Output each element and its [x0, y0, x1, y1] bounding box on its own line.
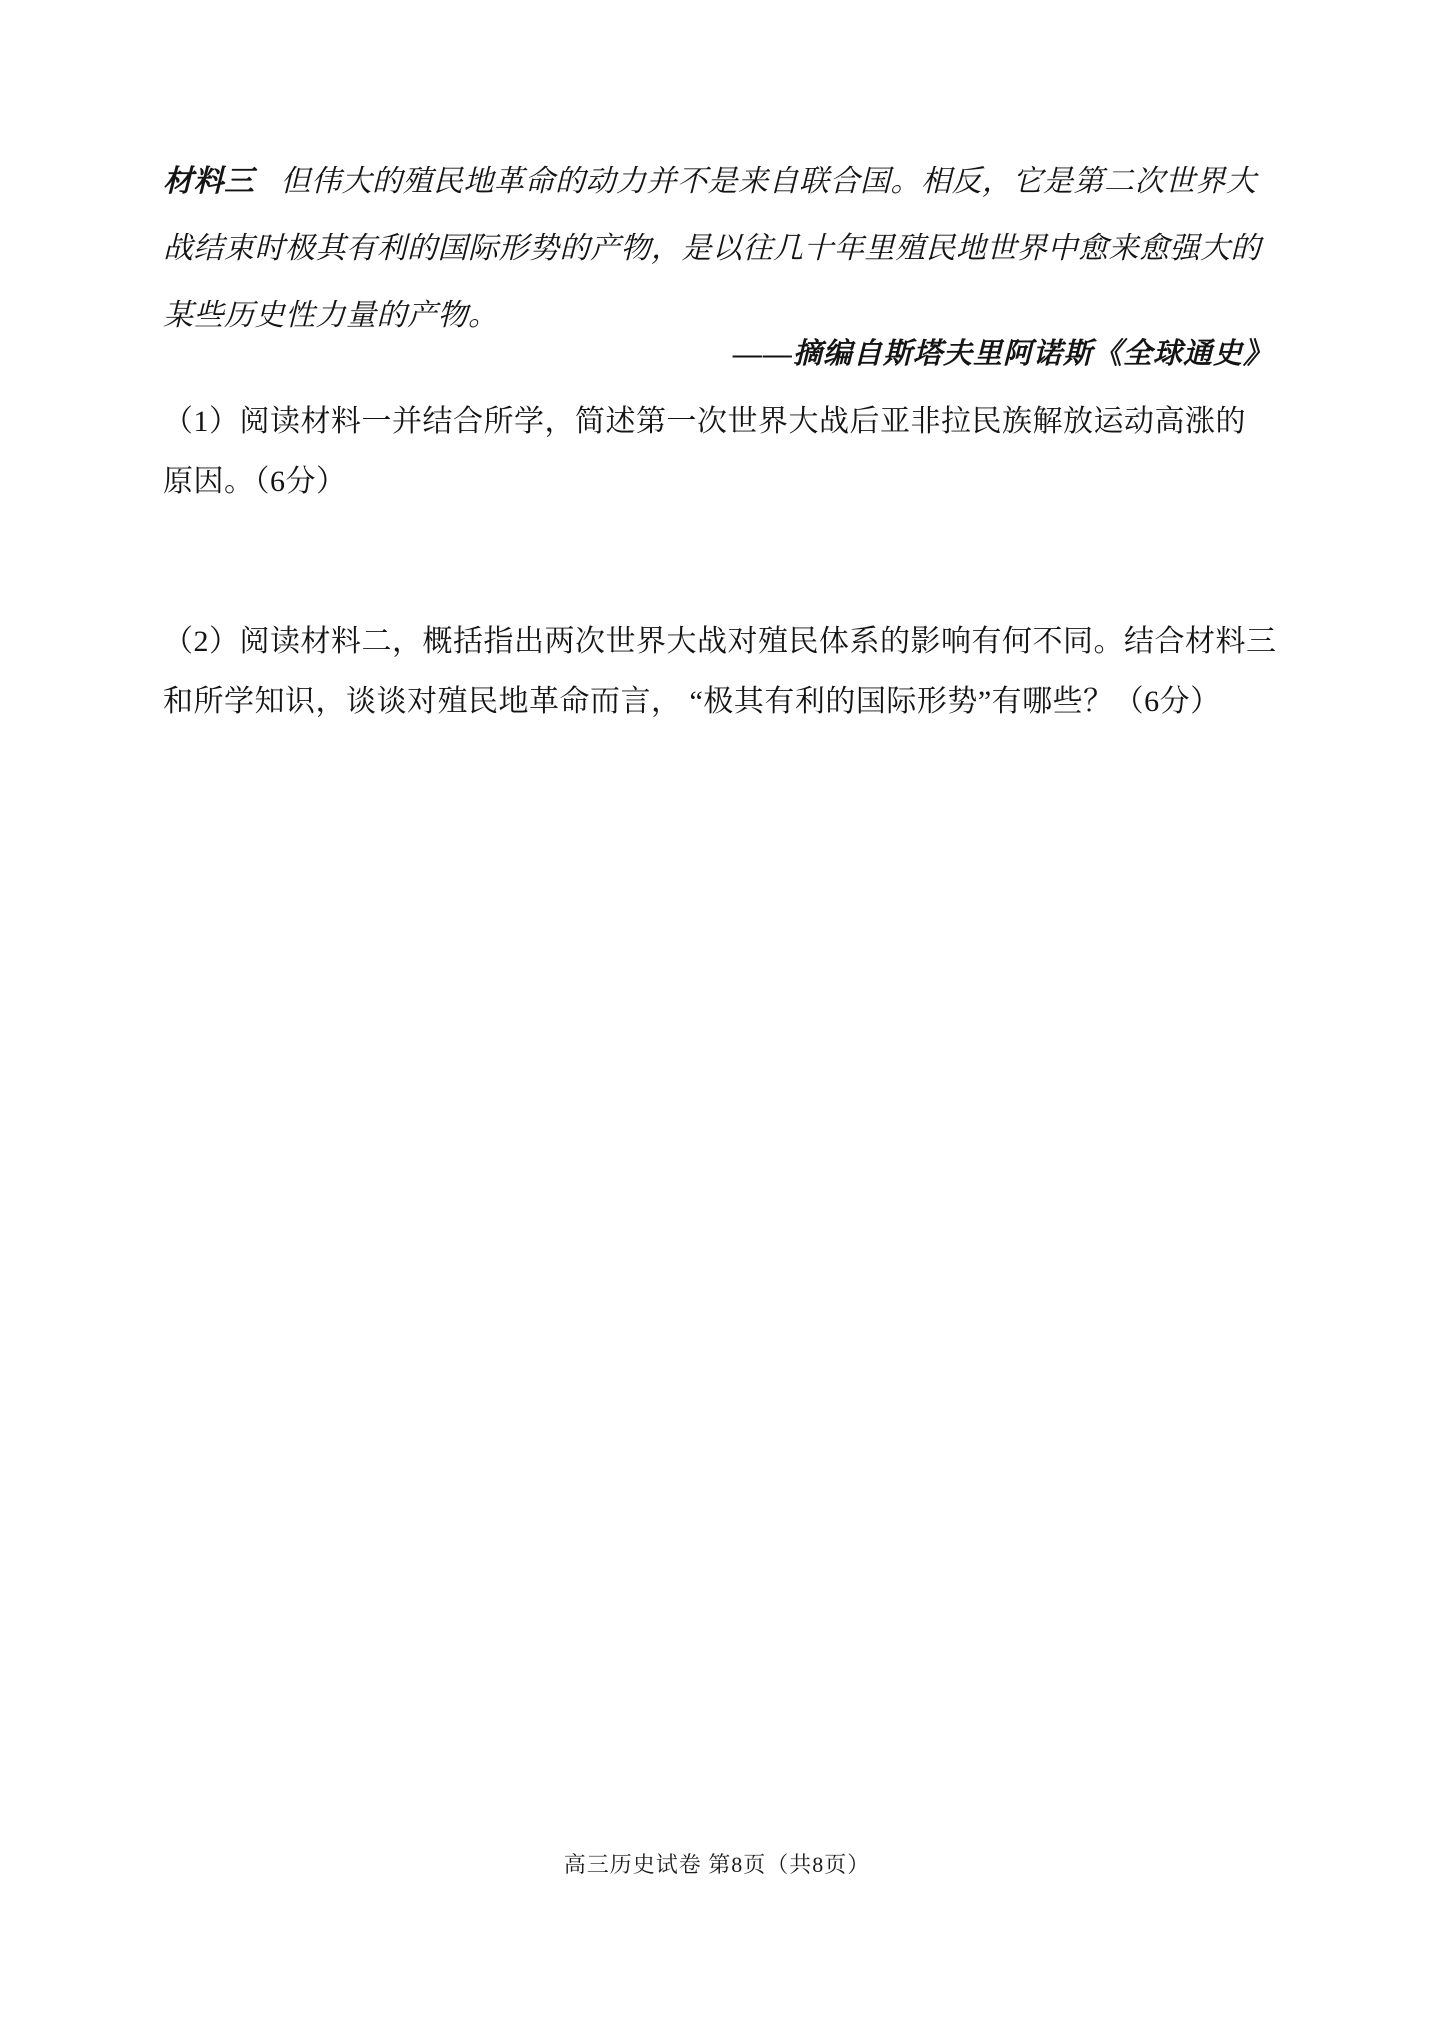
- question-1: （1）阅读材料一并结合所学，简述第一次世界大战后亚非拉民族解放运动高涨的 原因。…: [163, 392, 1273, 512]
- material-three-paragraph: 材料三但伟大的殖民地革命的动力并不是来自联合国。相反，它是第二次世界大 战结束时…: [163, 148, 1273, 349]
- question-2: （2）阅读材料二，概括指出两次世界大战对殖民体系的影响有何不同。结合材料三 和所…: [163, 612, 1273, 732]
- material-three-label: 材料三: [163, 165, 255, 198]
- paragraph-line: 材料三但伟大的殖民地革命的动力并不是来自联合国。相反，它是第二次世界大: [163, 148, 1273, 215]
- exam-page: 材料三但伟大的殖民地革命的动力并不是来自联合国。相反，它是第二次世界大 战结束时…: [0, 0, 1434, 2024]
- paragraph-line-text: 但伟大的殖民地革命的动力并不是来自联合国。相反，它是第二次世界大: [281, 165, 1257, 198]
- page-footer: 高三历史试卷 第8页（共8页）: [0, 1848, 1434, 1879]
- source-attribution: ——摘编自斯塔夫里阿诺斯《全球通史》: [163, 330, 1273, 378]
- question-2-line: 和所学知识，谈谈对殖民地革命而言， “极其有利的国际形势”有哪些？（6分）: [163, 672, 1273, 732]
- question-2-line: （2）阅读材料二，概括指出两次世界大战对殖民体系的影响有何不同。结合材料三: [163, 612, 1273, 672]
- paragraph-line: 战结束时极其有利的国际形势的产物，是以往几十年里殖民地世界中愈来愈强大的: [163, 215, 1273, 282]
- question-1-line: 原因。（6分）: [163, 452, 1273, 512]
- question-1-line: （1）阅读材料一并结合所学，简述第一次世界大战后亚非拉民族解放运动高涨的: [163, 392, 1273, 452]
